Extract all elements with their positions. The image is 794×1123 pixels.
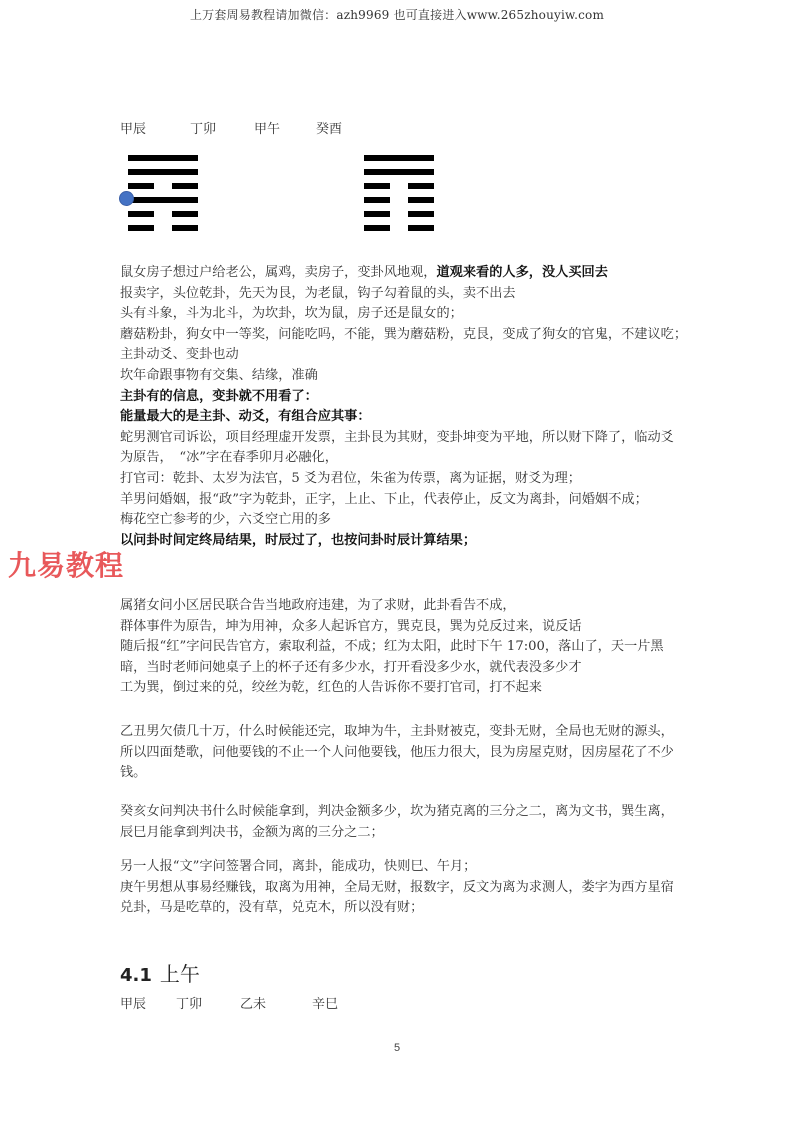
paragraph: 属猪女问小区居民联合告当地政府违建，为了求财，此卦看告不成，: [120, 596, 680, 617]
hexagram-line-yin: [364, 197, 434, 203]
text-bold: 道观来看的人多，没人买回去: [437, 265, 608, 280]
paragraph: 蘑菇粉卦，狗女中一等奖，问能吃吗，不能，巽为蘑菇粉，克艮，变成了狗女的官鬼，不建…: [120, 325, 680, 346]
paragraph: 羊男问婚姻，报“政”字为乾卦，正字，上止、下止，代表停止，反文为离卦，问婚姻不成…: [120, 490, 680, 511]
paragraph-bold: 能量最大的是主卦、动爻，有组合应其事：: [120, 407, 680, 428]
paragraph: 鼠女房子想过户给老公，属鸡，卖房子，变卦风地观，道观来看的人多，没人买回去: [120, 263, 680, 284]
pillar-day: 乙未: [240, 993, 266, 1012]
hexagram-line-yin: [364, 211, 434, 217]
paragraph-bold: 主卦有的信息，变卦就不用看了：: [120, 387, 680, 408]
hexagram-line-yang: [128, 169, 198, 175]
paragraph: 群体事件为原告，坤为用神，众多人起诉官方，巽克艮，巽为兑反过来，说反话: [120, 617, 680, 638]
case-notes-block-3: 乙丑男欠债几十万，什么时候能还完，取坤为牛，主卦财被克，变卦无财，全局也无财的源…: [120, 722, 680, 784]
case-notes-block-1: 鼠女房子想过户给老公，属鸡，卖房子，变卦风地观，道观来看的人多，没人买回去 报卖…: [120, 263, 680, 551]
paragraph: 蛇男测官司诉讼，项目经理虚开发票，主卦艮为其财，变卦坤变为平地，所以财下降了，临…: [120, 428, 680, 469]
moving-line-dot-icon: [119, 191, 134, 206]
hexagram-line-yang: [364, 155, 434, 161]
pillar-month: 丁卯: [176, 993, 202, 1012]
pillar-month: 丁卯: [190, 118, 216, 137]
section-title: 上午: [160, 962, 200, 986]
paragraph: 梅花空亡参考的少，六爻空亡用的多: [120, 510, 680, 531]
paragraph: 癸亥女问判决书什么时候能拿到，判决金额多少，坎为猪克离的三分之二，离为文书，巽生…: [120, 802, 680, 843]
paragraph: 头有斗象，斗为北斗，为坎卦，坎为鼠，房子还是鼠女的；: [120, 304, 680, 325]
paragraph: 报卖字，头位乾卦，先天为艮，为老鼠，钩子勾着鼠的头，卖不出去: [120, 284, 680, 305]
paragraph: 坎年命跟事物有交集、结缘，准确: [120, 366, 680, 387]
hexagram-line-yin: [128, 183, 198, 189]
page-header-banner: 上万套周易教程请加微信：azh9969 也可直接进入www.265zhouyiw…: [0, 6, 794, 23]
paragraph: 另一人报“文”字问签署合同，离卦，能成功，快则巳、午月；: [120, 857, 680, 878]
case-notes-block-5: 另一人报“文”字问签署合同，离卦，能成功，快则巳、午月； 庚午男想从事易经赚钱，…: [120, 857, 680, 919]
paragraph-bold: 以问卦时间定终局结果，时辰过了，也按问卦时辰计算结果；: [120, 531, 680, 552]
hexagram-line-yin: [364, 225, 434, 231]
hexagram-line-yin: [128, 225, 198, 231]
case-notes-block-2: 属猪女问小区居民联合告当地政府违建，为了求财，此卦看告不成， 群体事件为原告，坤…: [120, 596, 680, 699]
hexagram-line-yang-moving: [128, 197, 198, 203]
section-heading: 4.1上午: [120, 958, 200, 987]
paragraph: 乙丑男欠债几十万，什么时候能还完，取坤为牛，主卦财被克，变卦无财，全局也无财的源…: [120, 722, 680, 784]
section-number: 4.1: [120, 965, 152, 986]
pillar-day: 甲午: [254, 118, 280, 137]
page-number: 5: [0, 1042, 794, 1054]
pillar-hour: 癸酉: [316, 118, 342, 137]
paragraph: 主卦动爻、变卦也动: [120, 345, 680, 366]
hexagram-line-yin: [364, 183, 434, 189]
paragraph: 打官司：乾卦、太岁为法官，5 爻为君位，朱雀为传票，离为证据，财爻为理；: [120, 469, 680, 490]
paragraph: 工为巽，倒过来的兑，绞丝为乾，红色的人告诉你不要打官司，打不起来: [120, 678, 680, 699]
case-notes-block-4: 癸亥女问判决书什么时候能拿到，判决金额多少，坎为猪克离的三分之二，离为文书，巽生…: [120, 802, 680, 843]
pillar-year: 甲辰: [120, 118, 146, 137]
hexagram-line-yin: [128, 211, 198, 217]
hexagram-line-yang: [364, 169, 434, 175]
text-normal: 鼠女房子想过户给老公，属鸡，卖房子，变卦风地观，: [120, 265, 437, 280]
paragraph: 庚午男想从事易经赚钱，取离为用神，全局无财，报数字，反文为离为求测人，娄字为西方…: [120, 878, 680, 919]
paragraph: 随后报“红”字问民告官方，索取利益，不成；红为太阳，此时下午 17:00，落山了…: [120, 637, 680, 678]
pillar-year: 甲辰: [120, 993, 146, 1012]
watermark-logo: 九易教程: [8, 544, 124, 584]
pillar-hour: 辛巳: [312, 993, 338, 1012]
hexagram-line-yang: [128, 155, 198, 161]
